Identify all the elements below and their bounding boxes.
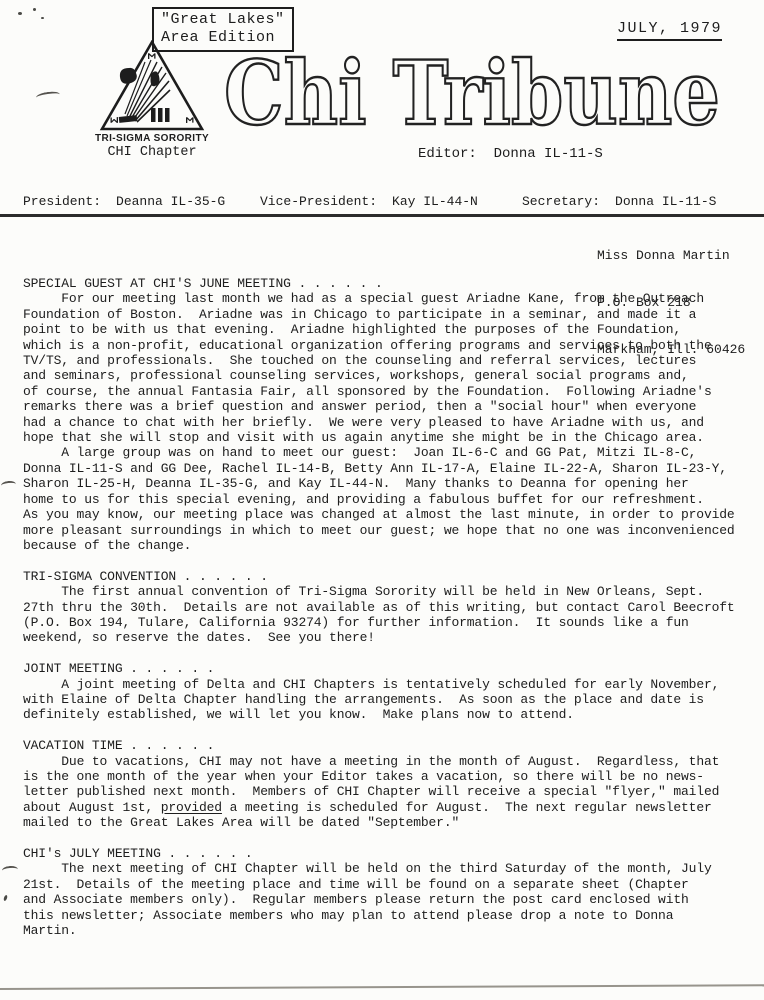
section-body: A joint meeting of Delta and CHI Chapter… — [23, 677, 761, 723]
officers-bar: President:Deanna IL-35-G Vice-President:… — [0, 193, 764, 217]
edition-line1: "Great Lakes" — [161, 11, 285, 29]
logo-org-label: TRI-SIGMA SORORITY — [94, 133, 210, 144]
editor-line: Editor: Donna IL-11-S — [418, 146, 603, 162]
scan-artifact — [36, 90, 61, 101]
secretary-name: Donna IL-11-S — [615, 194, 716, 209]
scan-artifact — [1, 480, 17, 490]
section-body: The first annual convention of Tri-Sigma… — [23, 584, 761, 646]
scan-bottom-line — [0, 984, 764, 990]
sigma-glyph-top: Σ — [144, 53, 156, 60]
section-july-meeting: CHI's JULY MEETING . . . . . . The next … — [23, 846, 761, 938]
section-heading: JOINT MEETING . . . . . . — [23, 661, 761, 676]
newsletter-title-text: Chi Tribune — [224, 41, 720, 145]
section-heading: TRI-SIGMA CONVENTION . . . . . . — [23, 569, 761, 584]
sigma-glyph-right: Σ — [182, 117, 194, 124]
officer-president: President:Deanna IL-35-G — [23, 194, 225, 209]
section-body: For our meeting last month we had as a s… — [23, 291, 761, 553]
section-special-guest: SPECIAL GUEST AT CHI'S JUNE MEETING . . … — [23, 276, 761, 553]
section-vacation-time: VACATION TIME . . . . . . Due to vacatio… — [23, 738, 761, 830]
logo-artwork — [119, 60, 170, 123]
section-convention: TRI-SIGMA CONVENTION . . . . . . The fir… — [23, 569, 761, 646]
section-heading: SPECIAL GUEST AT CHI'S JUNE MEETING . . … — [23, 276, 761, 291]
scan-artifact — [41, 17, 44, 19]
vice-president-label: Vice-President: — [260, 194, 377, 209]
mailing-name: Miss Donna Martin — [597, 248, 745, 264]
section-joint-meeting: JOINT MEETING . . . . . . A joint meetin… — [23, 661, 761, 723]
scan-artifact — [33, 8, 36, 11]
president-label: President: — [23, 194, 101, 209]
underlined-word: provided — [161, 800, 222, 815]
president-name: Deanna IL-35-G — [116, 194, 225, 209]
vice-president-name: Kay IL-44-N — [392, 194, 478, 209]
newsletter-body: SPECIAL GUEST AT CHI'S JUNE MEETING . . … — [23, 276, 761, 954]
logo-chapter-label: CHI Chapter — [94, 145, 210, 160]
secretary-label: Secretary: — [522, 194, 600, 209]
scan-artifact — [2, 865, 19, 874]
newsletter-page: "Great Lakes" Area Edition JULY, 1979 Σ … — [0, 0, 764, 1000]
scan-artifact — [18, 12, 22, 15]
section-heading: CHI's JULY MEETING . . . . . . — [23, 846, 761, 861]
scan-artifact — [3, 895, 8, 902]
sorority-triangle-icon: Σ Σ Σ — [99, 40, 205, 132]
sorority-logo: Σ Σ Σ TRI-SIGMA SORORITY CHI Chapter — [94, 40, 210, 160]
officer-secretary: Secretary:Donna IL-11-S — [522, 194, 716, 209]
section-body: The next meeting of CHI Chapter will be … — [23, 861, 761, 938]
newsletter-title: Chi Tribune — [212, 38, 732, 148]
officer-vice-president: Vice-President:Kay IL-44-N — [260, 194, 478, 209]
section-body: Due to vacations, CHI may not have a mee… — [23, 754, 761, 831]
section-heading: VACATION TIME . . . . . . — [23, 738, 761, 753]
